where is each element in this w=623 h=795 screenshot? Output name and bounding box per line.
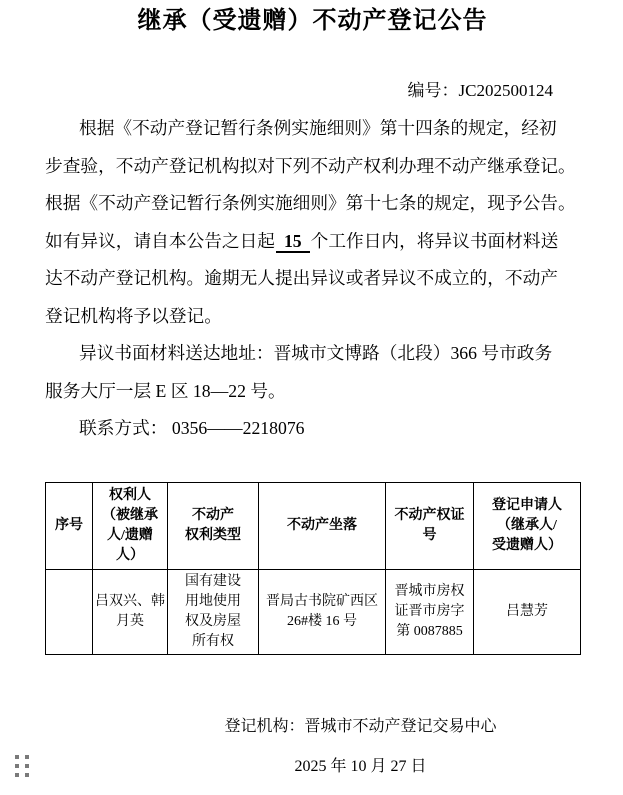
header-serial-number: 序号 <box>46 482 93 569</box>
cell-serial-number <box>46 569 93 654</box>
cell-applicant: 吕慧芳 <box>474 569 581 654</box>
paragraph-delivery-address: 异议书面材料送达地址：晋城市文博路（北段）366 号市政务 服务大厅一层 E 区… <box>45 335 580 410</box>
handle-dot <box>25 755 29 759</box>
doc-number-line: 编号：JC202500124 <box>45 80 580 102</box>
doc-number-value: JC202500124 <box>459 81 553 100</box>
handle-dot <box>15 773 19 777</box>
header-applicant: 登记申请人 （继承人/ 受遗赠人） <box>474 482 581 569</box>
cell-property-location: 晋局古书院矿西区 26#楼 16 号 <box>259 569 386 654</box>
document-content: 继承（受遗赠）不动产登记公告 编号：JC202500124 根据《不动产登记暂行… <box>0 0 623 787</box>
announcement-page: 继承（受遗赠）不动产登记公告 编号：JC202500124 根据《不动产登记暂行… <box>0 0 623 795</box>
header-certificate-number: 不动产权证号 <box>386 482 474 569</box>
paragraph-legal-basis: 根据《不动产登记暂行条例实施细则》第十四条的规定，经初 步查验，不动产登记机构拟… <box>45 110 580 335</box>
page-title: 继承（受遗赠）不动产登记公告 <box>45 6 580 36</box>
cell-right-type: 国有建设 用地使用 权及房屋 所有权 <box>168 569 259 654</box>
registration-org-line: 登记机构：晋城市不动产登记交易中心 <box>141 707 580 747</box>
table-data-row: 吕双兴、韩 月英 国有建设 用地使用 权及房屋 所有权 晋局古书院矿西区 26#… <box>46 569 581 654</box>
registration-table: 序号 权利人 （被继承 人/遗赠 人） 不动产 权利类型 不动产坐落 不动产权证… <box>45 482 581 655</box>
header-right-type: 不动产 权利类型 <box>168 482 259 569</box>
doc-number-label: 编号： <box>408 81 459 100</box>
announcement-date-line: 2025 年 10 月 27 日 <box>141 747 580 787</box>
drag-handle-icon[interactable] <box>15 755 29 777</box>
handle-dot <box>15 755 19 759</box>
header-property-location: 不动产坐落 <box>259 482 386 569</box>
objection-days-value: 15 <box>276 231 310 253</box>
cell-right-holder: 吕双兴、韩 月英 <box>93 569 168 654</box>
paragraph-contact-phone: 联系方式： 0356——2218076 <box>45 410 580 448</box>
handle-dot <box>25 764 29 768</box>
handle-dot <box>15 764 19 768</box>
handle-dot <box>25 773 29 777</box>
footer: 登记机构：晋城市不动产登记交易中心 2025 年 10 月 27 日 <box>45 707 580 787</box>
body-text: 根据《不动产登记暂行条例实施细则》第十四条的规定，经初 步查验，不动产登记机构拟… <box>45 110 580 448</box>
cell-certificate-number: 晋城市房权 证晋市房字 第 0087885 <box>386 569 474 654</box>
table-header-row: 序号 权利人 （被继承 人/遗赠 人） 不动产 权利类型 不动产坐落 不动产权证… <box>46 482 581 569</box>
header-right-holder: 权利人 （被继承 人/遗赠 人） <box>93 482 168 569</box>
